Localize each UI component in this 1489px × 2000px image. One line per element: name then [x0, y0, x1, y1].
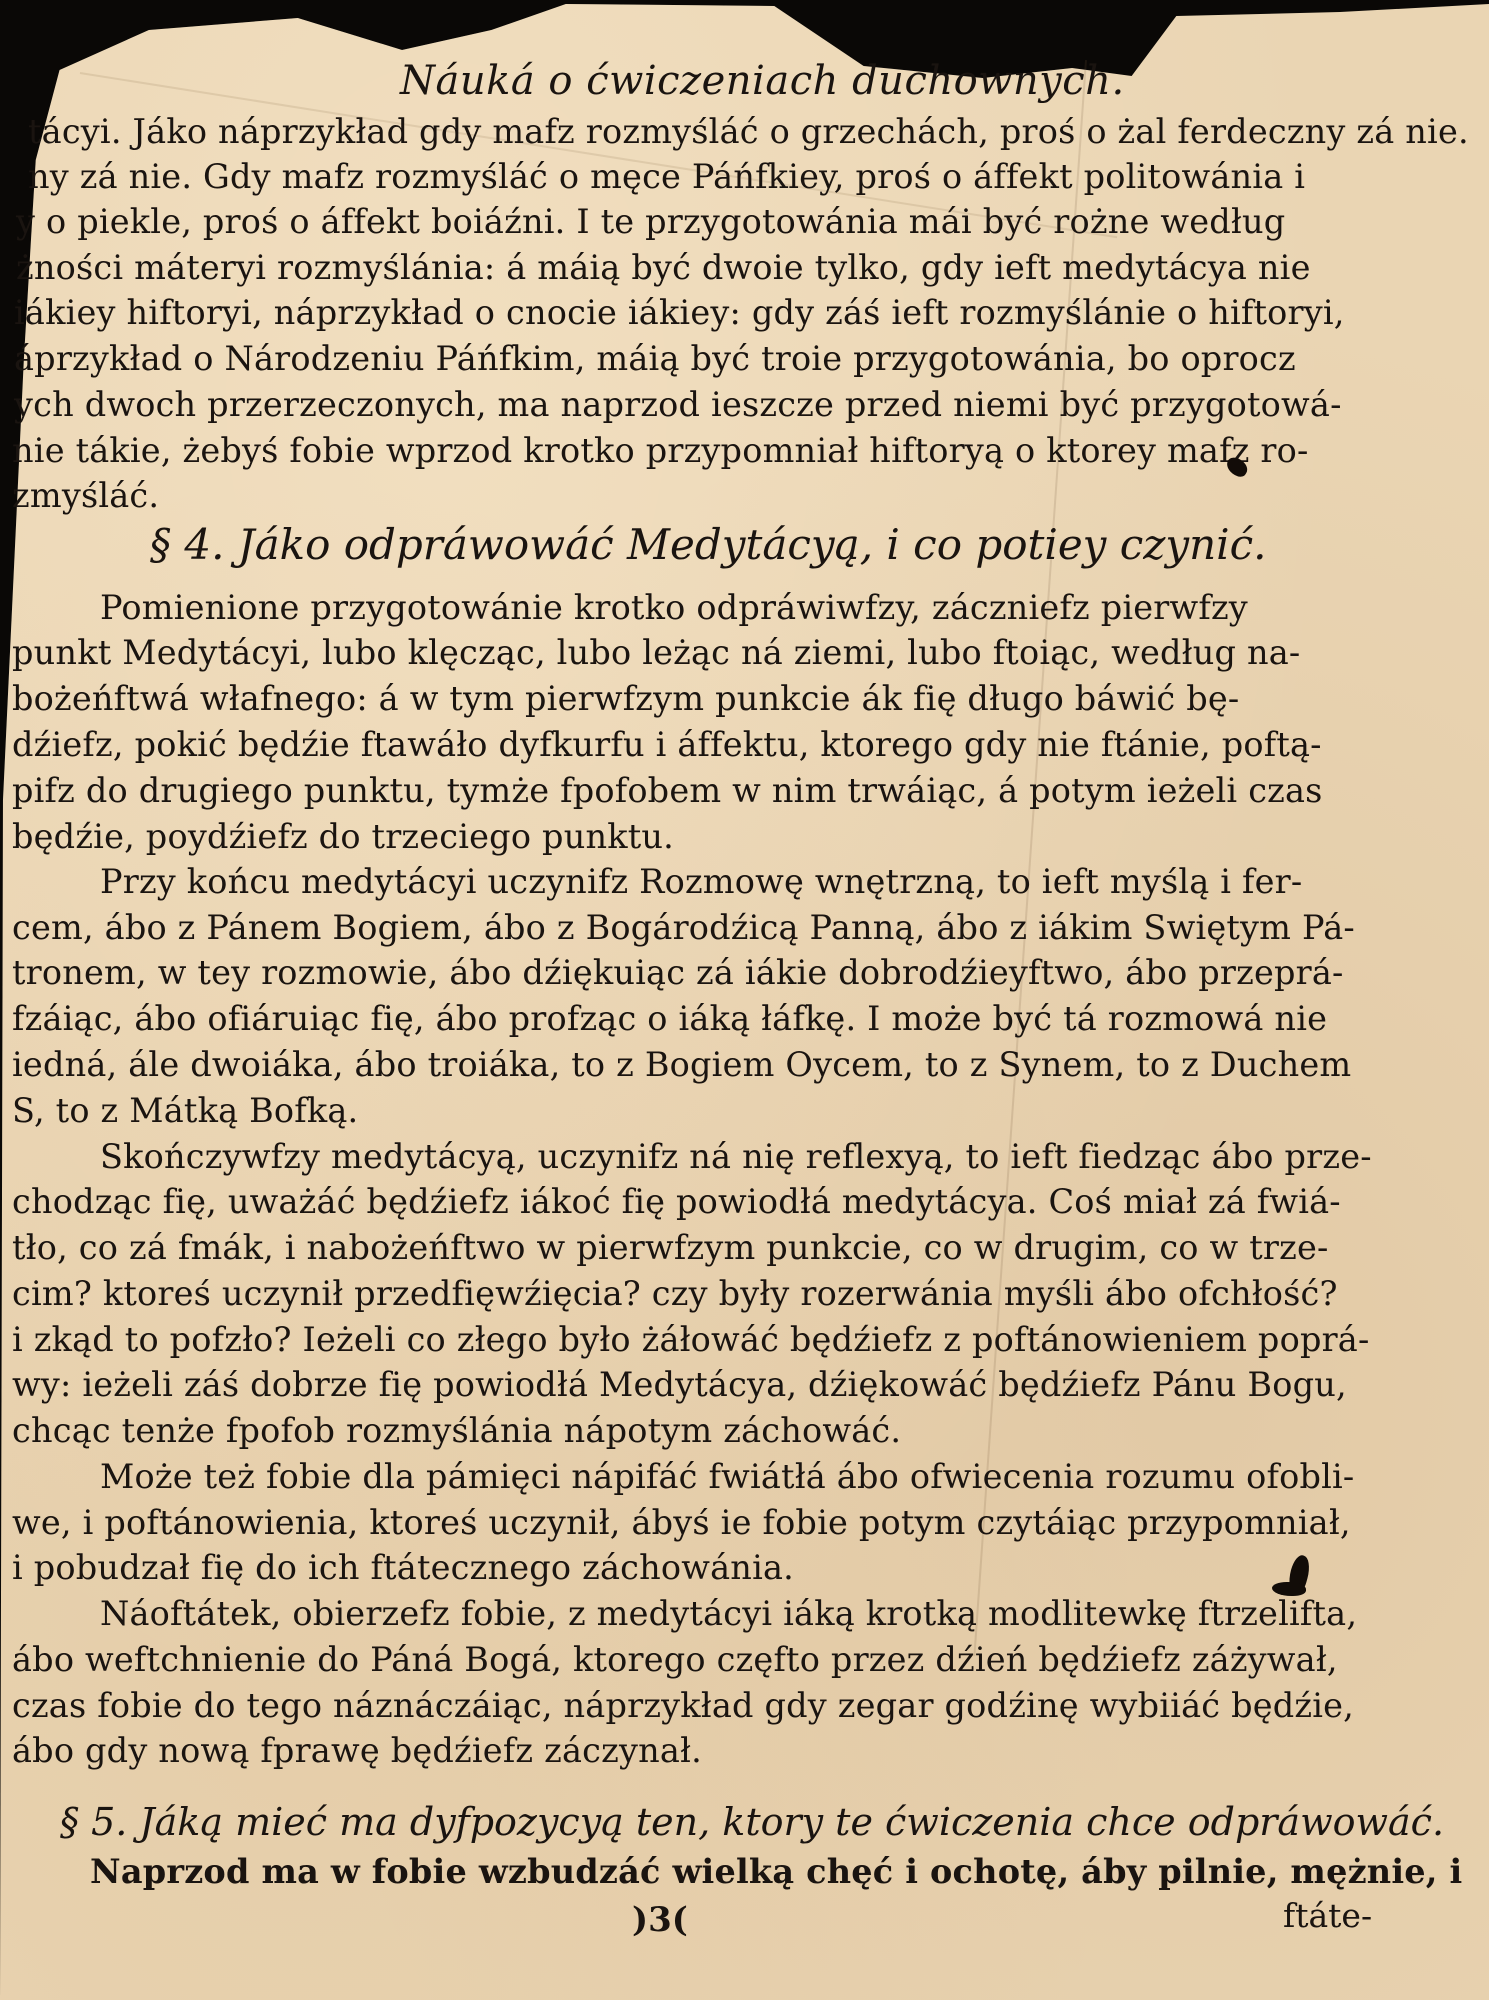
- text-line: zmyśláć.: [12, 476, 159, 515]
- text-line: cem, ábo z Pánem Bogiem, ábo z Bogárodźi…: [12, 908, 1355, 947]
- text-line: nie tákie, żebyś fobie wprzod krotko prz…: [12, 431, 1309, 470]
- text-line: áprzykład o Národzeniu Páńfkim, máią być…: [14, 339, 1296, 378]
- text-line: ych dwoch przerzeczonych, ma naprzod ies…: [14, 385, 1342, 424]
- page-content: Náuká o ćwiczeniach duchownych. tácyi. J…: [0, 0, 1489, 2000]
- text-line: cim? ktoreś uczynił przedfięwźięcia? czy…: [12, 1274, 1338, 1313]
- catchword: ftáte-: [1283, 1896, 1372, 1935]
- text-line: i pobudzał fię do ich ftátecznego záchow…: [12, 1548, 794, 1587]
- text-line: pifz do drugiego punktu, tymże fpofobem …: [12, 771, 1323, 810]
- text-line: ábo gdy nową fprawę będźiefz záczynał.: [12, 1731, 702, 1770]
- text-line: ábo weftchnienie do Páná Bogá, ktorego c…: [12, 1640, 1338, 1679]
- text-line: y o piekle, proś o áffekt boiáźni. I te …: [16, 202, 1285, 241]
- text-line: ny zá nie. Gdy mafz rozmyśláć o męce Páń…: [28, 157, 1305, 196]
- text-line: chcąc tenże fpofob rozmyślánia nápotym z…: [12, 1411, 901, 1450]
- text-line: tácyi. Jáko náprzykład gdy mafz rozmyślá…: [28, 112, 1469, 151]
- text-line: bożeńftwá włafnego: á w tym pierwfzym pu…: [12, 679, 1239, 718]
- text-line: fzáiąc, ábo ofiáruiąc fię, ábo profząc o…: [12, 999, 1327, 1038]
- text-line: będźie, poydźiefz do trzeciego punktu.: [12, 817, 674, 856]
- section-5-heading: § 5. Jáką mieć ma dyfpozycyą ten, ktory …: [60, 1800, 1444, 1844]
- text-line: wy: ieżeli záś dobrze fię powiodłá Medyt…: [12, 1365, 1347, 1404]
- text-line: Naprzod ma w fobie wzbudzáć wielką chęć …: [90, 1852, 1462, 1891]
- text-line: S, to z Mátką Bofką.: [12, 1091, 358, 1130]
- text-line: czas fobie do tego náznáczáiąc, náprzykł…: [12, 1686, 1354, 1725]
- text-line: Náoftátek, obierzefz fobie, z medytácyi …: [100, 1594, 1357, 1633]
- text-line: tło, co zá fmák, i nabożeńftwo w pierwfz…: [12, 1228, 1329, 1267]
- text-line: Skończywfzy medytácyą, uczynifz ná nię r…: [100, 1137, 1372, 1176]
- text-line: iákiey hiftoryi, náprzykład o cnocie iák…: [14, 293, 1345, 332]
- text-line: punkt Medytácyi, lubo klęcząc, lubo leżą…: [12, 633, 1300, 672]
- text-line: Może też fobie dla pámięci nápifáć fwiát…: [100, 1457, 1354, 1496]
- text-line: i zkąd to pofzło? Ieżeli co złego było ż…: [12, 1320, 1370, 1359]
- page-number: )3(: [632, 1900, 688, 1940]
- running-head: Náuká o ćwiczeniach duchownych.: [400, 58, 1125, 104]
- text-line: Przy końcu medytácyi uczynifz Rozmowę wn…: [100, 862, 1302, 901]
- text-line: dźiefz, pokić będźie ftawáło dyfkurfu i …: [12, 725, 1322, 764]
- text-line: żności máteryi rozmyślánia: á máią być d…: [16, 248, 1311, 287]
- text-line: Pomienione przygotowánie krotko odpráwiw…: [100, 588, 1248, 627]
- text-line: tronem, w tey rozmowie, ábo dźiękuiąc zá…: [12, 953, 1344, 992]
- text-line: chodząc fię, uważáć będźiefz iákoć fię p…: [12, 1182, 1341, 1221]
- text-line: we, i poftánowienia, ktoreś uczynił, áby…: [12, 1503, 1351, 1542]
- section-4-heading: § 4. Jáko odpráwowáć Medytácyą, i co pot…: [150, 520, 1267, 569]
- text-line: iedná, ále dwoiáka, ábo troiáka, to z Bo…: [12, 1045, 1351, 1084]
